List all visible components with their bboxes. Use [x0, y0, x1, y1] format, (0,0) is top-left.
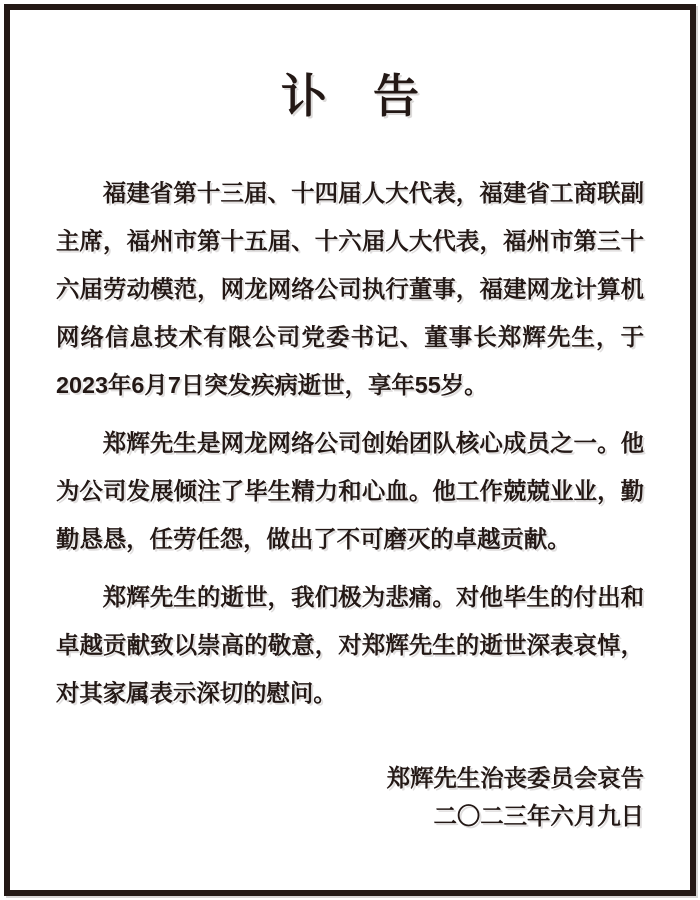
notice-paragraph-condolence: 郑辉先生的逝世，我们极为悲痛。对他毕生的付出和卓越贡献致以崇高的敬意，对郑辉先生… [56, 573, 644, 717]
notice-paragraph-biography: 福建省第十三届、十四届人大代表，福建省工商联副主席，福州市第十五届、十六届人大代… [56, 169, 644, 409]
obituary-notice-page: { "notice": { "title": "讣 告", "paragraph… [0, 0, 700, 900]
notice-title: 讣 告 [56, 73, 644, 119]
notice-body: 福建省第十三届、十四届人大代表，福建省工商联副主席，福州市第十五届、十六届人大代… [56, 169, 644, 717]
notice-content: 讣 告 福建省第十三届、十四届人大代表，福建省工商联副主席，福州市第十五届、十六… [10, 10, 690, 890]
notice-paragraph-tribute: 郑辉先生是网龙网络公司创始团队核心成员之一。他为公司发展倾注了毕生精力和心血。他… [56, 419, 644, 563]
signature-committee: 郑辉先生治丧委员会哀告 [56, 759, 644, 797]
notice-signature: 郑辉先生治丧委员会哀告 二〇二三年六月九日 [56, 759, 644, 835]
signature-date: 二〇二三年六月九日 [56, 797, 644, 835]
